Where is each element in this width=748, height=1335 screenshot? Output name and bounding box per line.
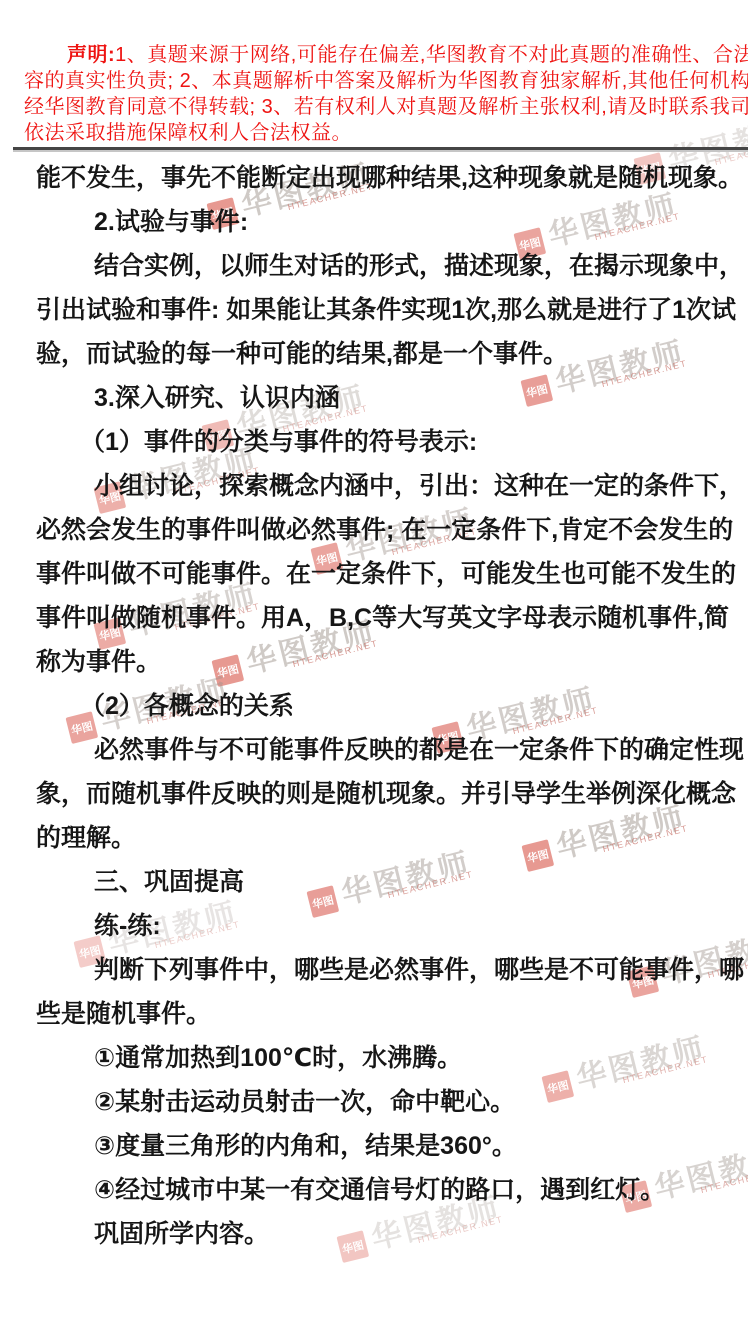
body-line: 些是随机事件。 — [36, 992, 728, 1036]
body-line: 象，而随机事件反映的则是随机现象。并引导学生举例深化概念 — [36, 772, 728, 816]
disclaimer-line: 声明:1、真题来源于网络,可能存在偏差,华图教育不对此真题的准确性、合法性以及内 — [24, 42, 736, 68]
body-line: 2.试验与事件: — [36, 200, 728, 244]
disclaimer-line: 容的真实性负责; 2、本真题解析中答案及解析为华图教育独家解析,其他任何机构及个… — [24, 68, 736, 94]
body-line: 引出试验和事件: 如果能让其条件实现1次,那么就是进行了1次试 — [36, 288, 728, 332]
disclaimer-label: 声明: — [67, 44, 115, 66]
body-line: 3.深入研究、认识内涵 — [36, 376, 728, 420]
body-line: 的理解。 — [36, 816, 728, 860]
body-line: 小组讨论，探索概念内涵中，引出：这种在一定的条件下， — [36, 464, 728, 508]
body-line: 练-练: — [36, 904, 728, 948]
body-line: 必然事件与不可能事件反映的都是在一定条件下的确定性现 — [36, 728, 728, 772]
body-line: 结合实例，以师生对话的形式，描述现象，在揭示现象中， — [36, 244, 728, 288]
body-line: ②某射击运动员射击一次，命中靶心。 — [36, 1080, 728, 1124]
body-line: 称为事件。 — [36, 640, 728, 684]
disclaimer-line: 依法采取措施保障权利人合法权益。 — [24, 120, 736, 146]
disclaimer: 声明:1、真题来源于网络,可能存在偏差,华图教育不对此真题的准确性、合法性以及内… — [0, 0, 748, 146]
disclaimer-text: 1、真题来源于网络,可能存在偏差,华图教育不对此真题的准确性、合法性以及内 — [115, 44, 748, 66]
body-line: 验，而试验的每一种可能的结果,都是一个事件。 — [36, 332, 728, 376]
body-line: （1）事件的分类与事件的符号表示: — [36, 420, 728, 464]
document-body: 能不发生，事先不能断定出现哪种结果,这种现象就是随机现象。 2.试验与事件: 结… — [0, 152, 748, 1256]
body-line: （2）各概念的关系 — [36, 684, 728, 728]
body-line: 事件叫做随机事件。用A，B,C等大写英文字母表示随机事件,简 — [36, 596, 728, 640]
body-line: 能不发生，事先不能断定出现哪种结果,这种现象就是随机现象。 — [36, 156, 728, 200]
body-line: ④经过城市中某一有交通信号灯的路口，遇到红灯。 — [36, 1168, 728, 1212]
body-line: 必然会发生的事件叫做必然事件; 在一定条件下,肯定不会发生的 — [36, 508, 728, 552]
body-line-heading: 三、巩固提高 — [36, 860, 728, 904]
body-line: 事件叫做不可能事件。在一定条件下，可能发生也可能不发生的 — [36, 552, 728, 596]
body-line: ③度量三角形的内角和，结果是360°。 — [36, 1124, 728, 1168]
disclaimer-line: 经华图教育同意不得转载; 3、若有权利人对真题及解析主张权利,请及时联系我司,我… — [24, 94, 736, 120]
body-line: 判断下列事件中，哪些是必然事件，哪些是不可能事件，哪 — [36, 948, 728, 992]
body-line: ①通常加热到100℃时，水沸腾。 — [36, 1036, 728, 1080]
body-line: 巩固所学内容。 — [36, 1212, 728, 1256]
document-page: 华图华图教师HTEACHER.NET华图华图教师HTEACHER.NET华图华图… — [0, 0, 748, 1335]
